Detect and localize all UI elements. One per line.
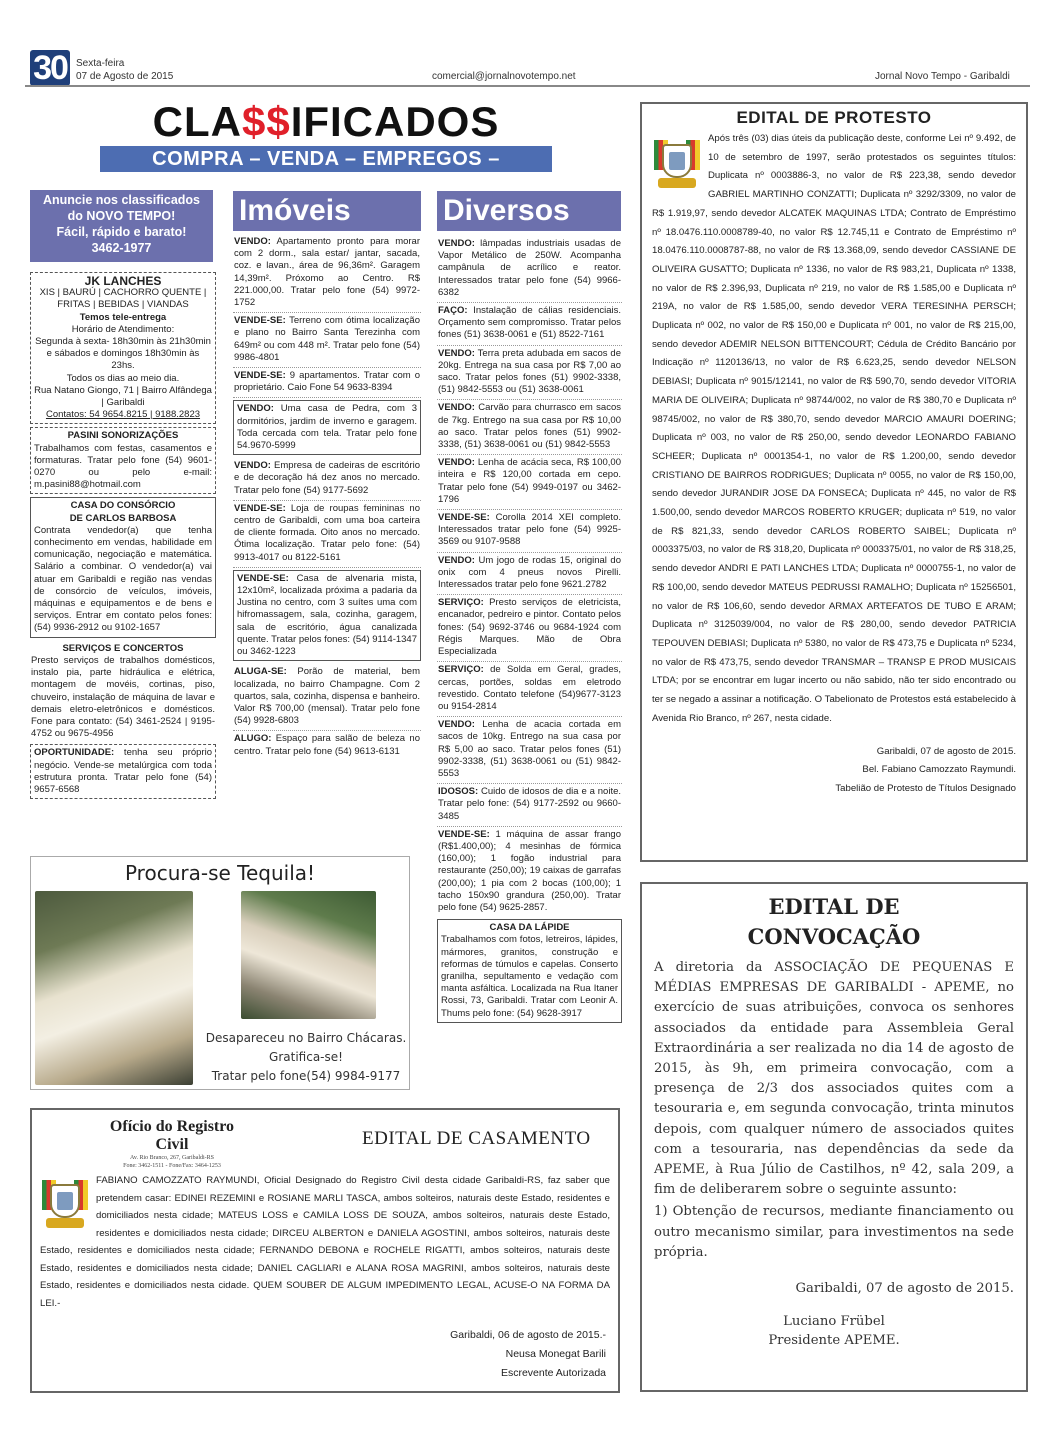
ad-label: VENDO: xyxy=(438,555,475,566)
ad-item: VENDE-SE: Corolla 2014 XEI completo. Int… xyxy=(437,510,622,553)
ad-item: ALUGO: Espaço para salão de beleza no ce… xyxy=(233,731,421,760)
signature-date: Garibaldi, 06 de agosto de 2015.- xyxy=(450,1326,606,1345)
ad-label: VENDE-SE: xyxy=(234,315,286,326)
ad-text: Trabalhamos com festas, casamentos e for… xyxy=(34,443,212,491)
edital-casamento-text: FABIANO CAMOZZATO RAYMUNDI, Oficial Desi… xyxy=(40,1175,610,1309)
ad-label: VENDO: xyxy=(237,403,274,414)
title-line2: CONVOCAÇÃO xyxy=(654,922,1014,952)
edital-convocacao-body: A diretoria da ASSOCIAÇÃO DE PEQUENAS E … xyxy=(654,958,1014,1200)
ad-item: VENDO: Lenha de acácia seca, R$ 100,00 i… xyxy=(437,455,622,510)
edital-protesto: EDITAL DE PROTESTO Após três (03) dias ú… xyxy=(640,102,1028,862)
ad-item: ALUGA-SE: Porão de material, bem localiz… xyxy=(233,664,421,731)
section-header-diversos: Diversos xyxy=(437,191,621,231)
registro-civil-name: Ofício do Registro Civil xyxy=(92,1118,252,1154)
ad-text: Casa de alvenaria mista, 12x10m², locali… xyxy=(237,573,417,657)
ad-item-boxed: VENDE-SE: Casa de alvenaria mista, 12x10… xyxy=(233,570,421,661)
ad-label: ALUGO: xyxy=(234,733,271,744)
ad-item: VENDO: Carvão para churrasco em sacos de… xyxy=(437,400,622,455)
signature-role: Tabelião de Protesto de Títulos Designad… xyxy=(652,780,1016,799)
page-number: 30 xyxy=(30,50,70,86)
left-column: JK LANCHES XIS | BAURÚ | CACHORRO QUENTE… xyxy=(30,271,216,802)
ad-text: Trabalhamos com fotos, letreiros, lápide… xyxy=(441,934,618,1018)
ad-address: Rua Natano Giongo, 71 | Bairro Alfândega… xyxy=(34,385,212,409)
lost-dog-text: Desapareceu no Bairro Chácaras. Gratific… xyxy=(201,1029,411,1086)
title-dollars: $$ xyxy=(242,98,291,145)
ad-item: SERVIÇO: Presto serviços de eletricista,… xyxy=(437,595,622,662)
ad-item: IDOSOS: Cuido de idosos de dia e a noite… xyxy=(437,784,622,827)
ad-label: VENDE-SE: xyxy=(234,503,286,514)
lost-dog-title: Procura-se Tequila! xyxy=(31,861,409,885)
ad-label: VENDO: xyxy=(438,348,475,359)
ad-label: VENDO: xyxy=(438,402,475,413)
ad-label: VENDO: xyxy=(234,236,271,247)
header-weekday: Sexta-feira xyxy=(76,58,124,69)
title-part2: IFICADOS xyxy=(291,98,500,145)
promo-line1: Anuncie nos classificados xyxy=(30,192,213,208)
ad-item: VENDO: Um jogo de rodas 15, original do … xyxy=(437,553,622,596)
promo-phone: 3462-1977 xyxy=(30,240,213,256)
ad-daily: Todos os dias ao meio dia. xyxy=(34,373,212,385)
edital-convocacao-signature: Luciano Frübel Presidente APEME. xyxy=(654,1312,1014,1350)
ad-text: Presto serviços de trabalhos domésticos,… xyxy=(31,655,215,739)
edital-casamento-signature: Garibaldi, 06 de agosto de 2015.- Neusa … xyxy=(450,1326,606,1383)
ad-label: VENDO: xyxy=(438,457,475,468)
registro-civil-address: Av. Rio Branco, 267, Garibaldi-RS xyxy=(92,1154,252,1162)
title-line1: EDITAL DE xyxy=(654,892,1014,922)
imoveis-column: VENDO: Apartamento pronto para morar com… xyxy=(233,234,421,761)
edital-convocacao-title: EDITAL DE CONVOCAÇÃO xyxy=(654,892,1014,952)
ad-title-line2: DE CARLOS BARBOSA xyxy=(34,513,212,525)
ad-item: VENDO: lâmpadas industriais usadas de Va… xyxy=(437,236,622,303)
ad-text: 1 máquina de assar frango (R$1.400,00); … xyxy=(438,829,621,913)
ad-jk-lanches: JK LANCHES XIS | BAURÚ | CACHORRO QUENTE… xyxy=(30,272,216,424)
ad-item: FAÇO: Instalação de cálias residenciais.… xyxy=(437,303,622,346)
edital-protesto-signature: Garibaldi, 07 de agosto de 2015. Bel. Fa… xyxy=(652,743,1016,799)
rs-coat-of-arms-icon xyxy=(654,134,700,192)
rs-coat-of-arms-icon xyxy=(42,1174,88,1232)
ad-item: VENDO: Apartamento pronto para morar com… xyxy=(233,234,421,313)
ad-label: VENDO: xyxy=(438,719,475,730)
ad-item: VENDO: Lenha de acacia cortada em sacos … xyxy=(437,717,622,784)
classificados-title: CLA$$IFICADOS xyxy=(100,98,552,146)
ad-item: VENDO: Empresa de cadeiras de escritório… xyxy=(233,458,421,501)
title-part1: CLA xyxy=(153,98,242,145)
ad-oportunidade: OPORTUNIDADE: tenha seu próprio negócio.… xyxy=(30,744,216,799)
ad-item: VENDE-SE: 1 máquina de assar frango (R$1… xyxy=(437,827,622,917)
registro-civil-header: Ofício do Registro Civil Av. Rio Branco,… xyxy=(92,1118,252,1170)
ad-label: FAÇO: xyxy=(438,305,468,316)
ad-label: VENDO: xyxy=(234,460,271,471)
ad-item: VENDE-SE: Loja de roupas femininas no ce… xyxy=(233,501,421,568)
lost-dog-ad: Procura-se Tequila! Desapareceu no Bairr… xyxy=(30,856,410,1090)
section-header-imoveis: Imóveis xyxy=(233,191,421,231)
signature-role: Escrevente Autorizada xyxy=(450,1364,606,1383)
edital-casamento-title: EDITAL DE CASAMENTO xyxy=(362,1128,591,1150)
dog-photo-standing xyxy=(241,891,376,1019)
signature-name: Luciano Frübel xyxy=(654,1312,1014,1331)
ad-label: IDOSOS: xyxy=(438,786,478,797)
edital-protesto-text: Após três (03) dias úteis da publicação … xyxy=(652,133,1016,724)
diversos-column: VENDO: lâmpadas industriais usadas de Va… xyxy=(437,236,622,1026)
ad-title: JK LANCHES xyxy=(34,275,212,287)
signature-role: Presidente APEME. xyxy=(654,1331,1014,1350)
ad-item-boxed: VENDO: Uma casa de Pedra, com 3 dormitór… xyxy=(233,400,421,455)
promo-line3: Fácil, rápido e barato! xyxy=(30,224,213,240)
header-email-link[interactable]: comercial@jornalnovotempo.net xyxy=(432,71,576,82)
lost-dog-line2: Gratifica-se! xyxy=(201,1048,411,1067)
ad-menu-line2: FRITAS | BEBIDAS | VIANDAS xyxy=(34,299,212,311)
edital-casamento-body: FABIANO CAMOZZATO RAYMUNDI, Oficial Desi… xyxy=(40,1172,610,1312)
ad-contacts: Contatos: 54 9654.8215 | 9188.2823 xyxy=(34,409,212,421)
ad-servicos: SERVIÇOS E CONCERTOS Presto serviços de … xyxy=(30,641,216,744)
signature-date: Garibaldi, 07 de agosto de 2015. xyxy=(654,1281,1014,1296)
ad-title: SERVIÇOS E CONCERTOS xyxy=(31,643,215,655)
registro-civil-phones: Fone: 3462-1511 - Fone/Fax: 3464-1253 xyxy=(92,1162,252,1170)
ad-label: OPORTUNIDADE: xyxy=(34,747,114,758)
ad-menu-line1: XIS | BAURÚ | CACHORRO QUENTE | xyxy=(34,287,212,299)
edital-casamento: Ofício do Registro Civil Av. Rio Branco,… xyxy=(30,1108,620,1393)
ad-label: VENDE-SE: xyxy=(234,370,286,381)
ad-item: VENDE-SE: 9 apartamentos. Tratar com o p… xyxy=(233,368,421,398)
ad-label: VENDE-SE: xyxy=(237,573,289,584)
ad-label: VENDO: xyxy=(438,238,475,249)
ad-item: VENDO: Terra preta adubada em sacos de 2… xyxy=(437,346,622,401)
ad-hours: Segunda à sexta- 18h30min às 21h30min e … xyxy=(34,336,212,373)
header-newspaper-name: Jornal Novo Tempo - Garibaldi xyxy=(875,71,1010,82)
ad-item: VENDE-SE: Terreno com ótima localização … xyxy=(233,313,421,368)
classificados-subtitle: COMPRA – VENDA – EMPREGOS – VEÍCULOS xyxy=(100,146,552,172)
ad-title-line1: CASA DO CONSÓRCIO xyxy=(34,500,212,512)
ad-label: VENDE-SE: xyxy=(438,829,490,840)
ad-label: SERVIÇO: xyxy=(438,664,484,675)
ad-title: PASINI SONORIZAÇÕES xyxy=(34,430,212,442)
ad-hours-label: Horário de Atendimento: xyxy=(34,324,212,336)
signature-date: Garibaldi, 07 de agosto de 2015. xyxy=(652,743,1016,762)
ad-text: Contrata vendedor(a) que tenha conhecime… xyxy=(34,525,212,634)
edital-protesto-body: Após três (03) dias úteis da publicação … xyxy=(652,130,1016,729)
lost-dog-line3: Tratar pelo fone(54) 9984-9177 xyxy=(201,1067,411,1086)
ad-casa-da-lapide: CASA DA LÁPIDE Trabalhamos com fotos, le… xyxy=(437,919,622,1023)
dog-photo-lying xyxy=(35,891,193,1085)
lost-dog-line1: Desapareceu no Bairro Chácaras. xyxy=(201,1029,411,1048)
signature-name: Neusa Monegat Barili xyxy=(450,1345,606,1364)
signature-name: Bel. Fabiano Camozzato Raymundi. xyxy=(652,761,1016,780)
edital-convocacao-agenda-item: 1) Obtenção de recursos, mediante financ… xyxy=(654,1202,1014,1263)
ad-consorcio: CASA DO CONSÓRCIO DE CARLOS BARBOSA Cont… xyxy=(30,497,216,637)
edital-convocacao: EDITAL DE CONVOCAÇÃO A diretoria da ASSO… xyxy=(640,882,1028,1392)
ad-delivery: Temos tele-entrega xyxy=(34,312,212,324)
ad-label: SERVIÇO: xyxy=(438,597,484,608)
promo-line2: do NOVO TEMPO! xyxy=(30,208,213,224)
ad-item: SERVIÇO: de Solda em Geral, grades, cerc… xyxy=(437,662,622,717)
ad-title: CASA DA LÁPIDE xyxy=(441,922,618,934)
ad-label: VENDE-SE: xyxy=(438,512,490,523)
header-date: 07 de Agosto de 2015 xyxy=(76,71,173,82)
edital-protesto-title: EDITAL DE PROTESTO xyxy=(652,108,1016,128)
header-divider xyxy=(25,85,1030,87)
ad-label: ALUGA-SE: xyxy=(234,666,287,677)
ad-pasini: PASINI SONORIZAÇÕES Trabalhamos com fest… xyxy=(30,427,216,494)
promo-box: Anuncie nos classificados do NOVO TEMPO!… xyxy=(30,190,213,262)
